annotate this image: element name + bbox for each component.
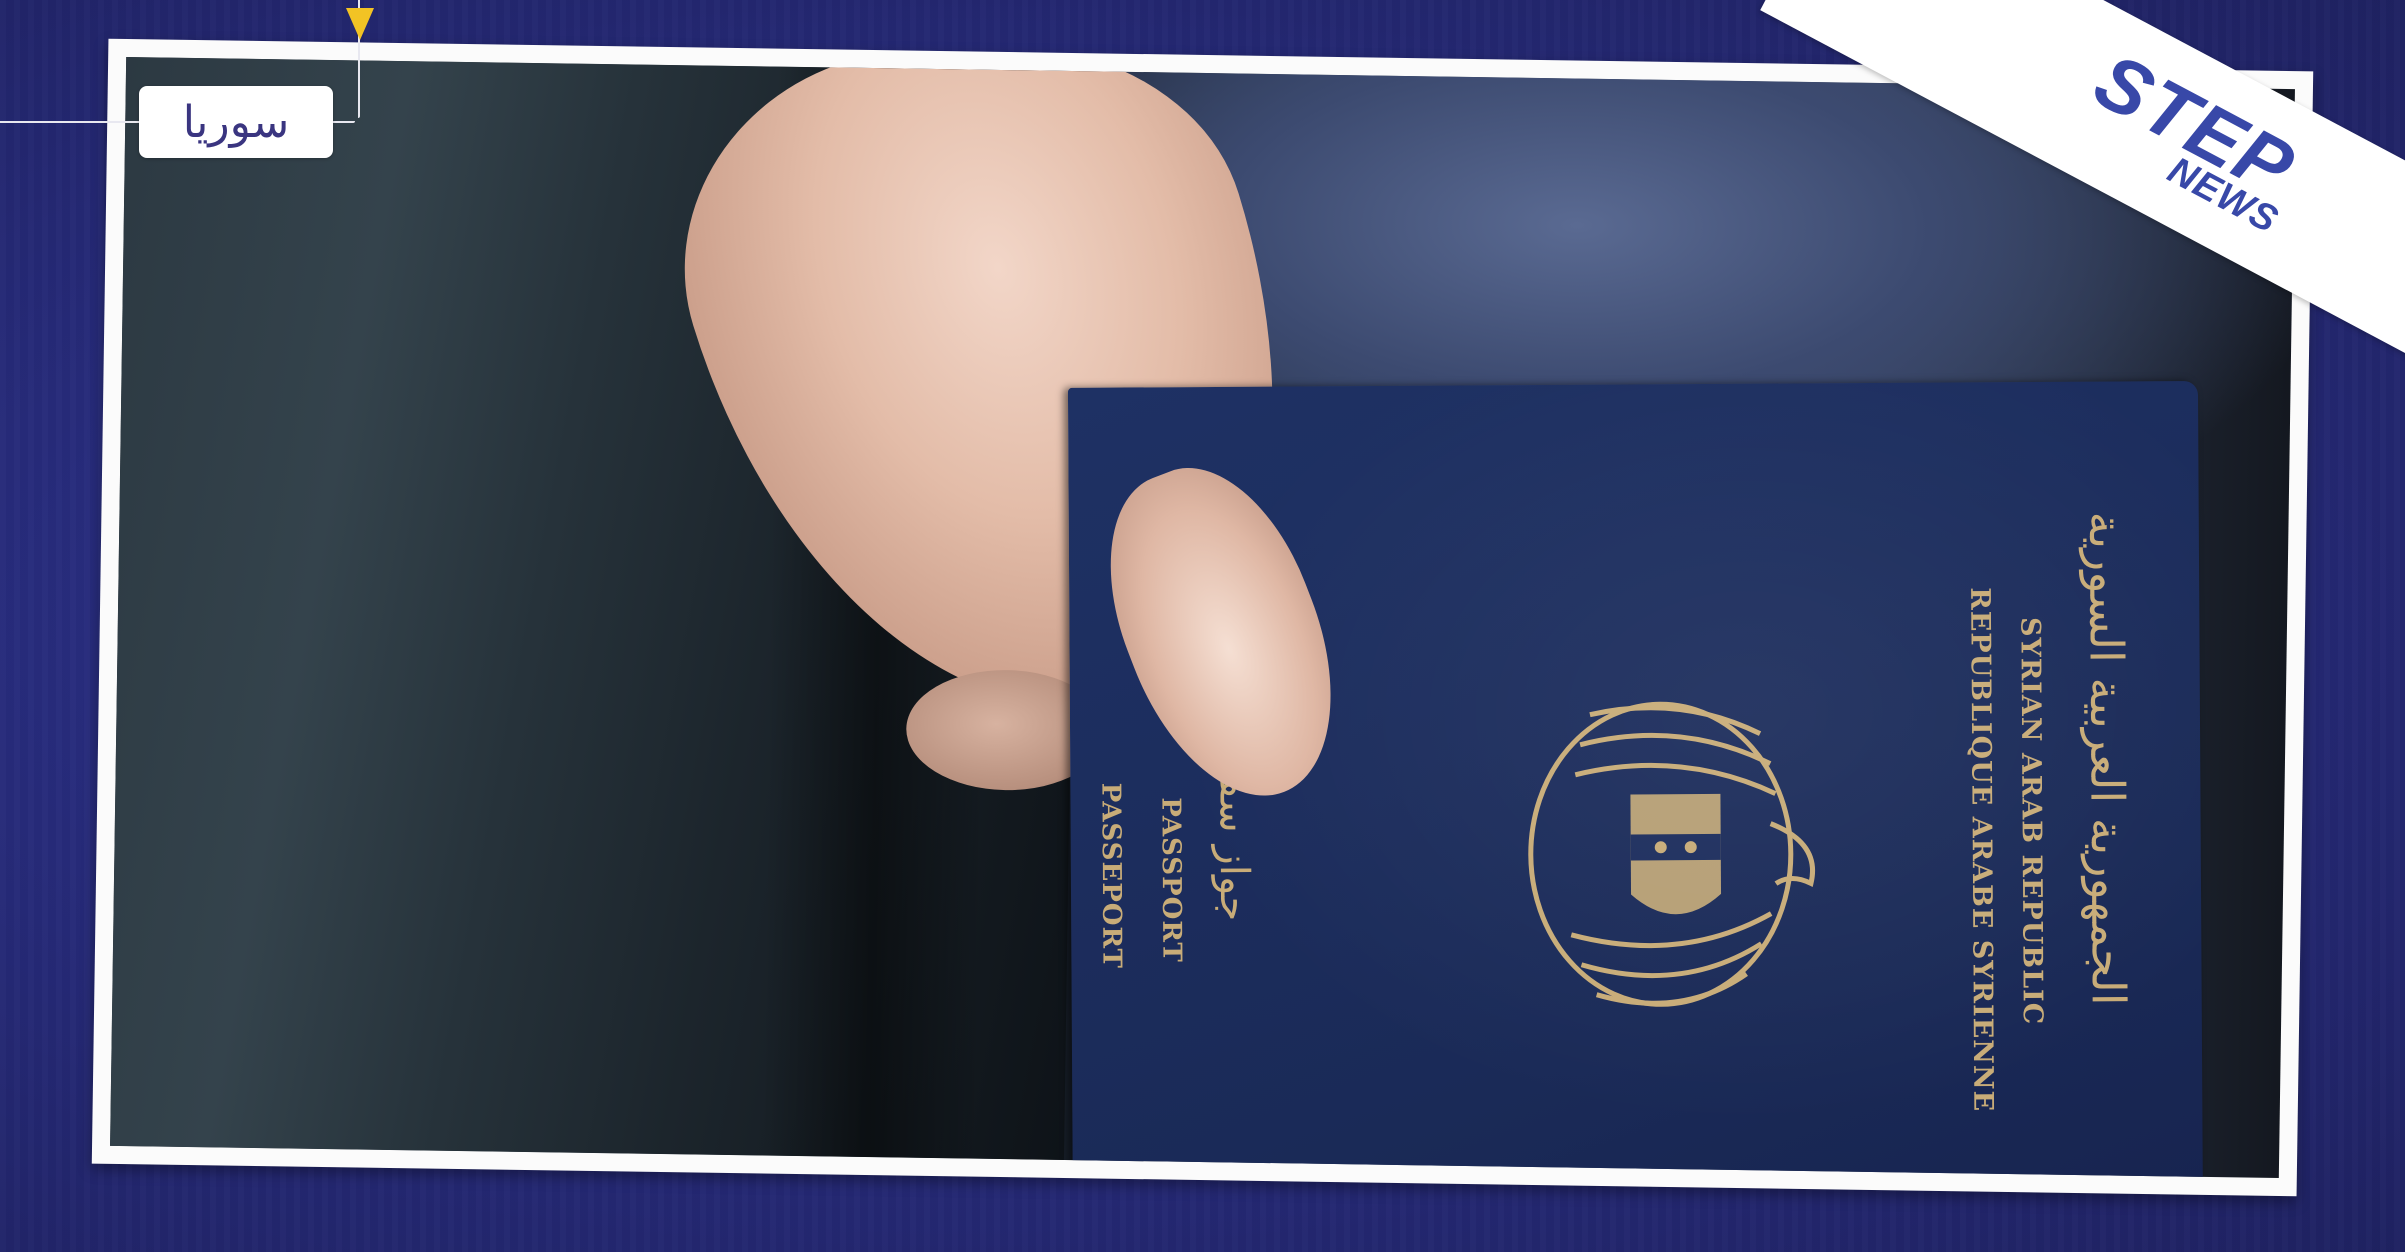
passport-english-label: PASSPORT — [1155, 797, 1186, 963]
tag-connector-line — [333, 121, 355, 123]
passport-arabic-title: الجمهورية العربية السورية — [2079, 511, 2136, 1005]
news-photo: الجمهورية العربية السورية SYRIAN ARAB RE… — [110, 57, 2295, 1178]
arrow-down-icon — [346, 8, 374, 40]
passport-french-label: PASSEPORT — [1095, 783, 1126, 970]
passport-french-title: REPUBLIQUE ARABE SYRIENNE — [1964, 587, 1998, 1112]
tag-connector-line — [0, 121, 140, 123]
passport-english-title: SYRIAN ARAB REPUBLIC — [2014, 617, 2047, 1025]
category-tag-label: سوريا — [183, 97, 290, 148]
photo-frame: الجمهورية العربية السورية SYRIAN ARAB RE… — [92, 39, 2313, 1197]
category-tag[interactable]: سوريا — [139, 86, 333, 158]
eagle-emblem-icon — [1510, 673, 1852, 1035]
